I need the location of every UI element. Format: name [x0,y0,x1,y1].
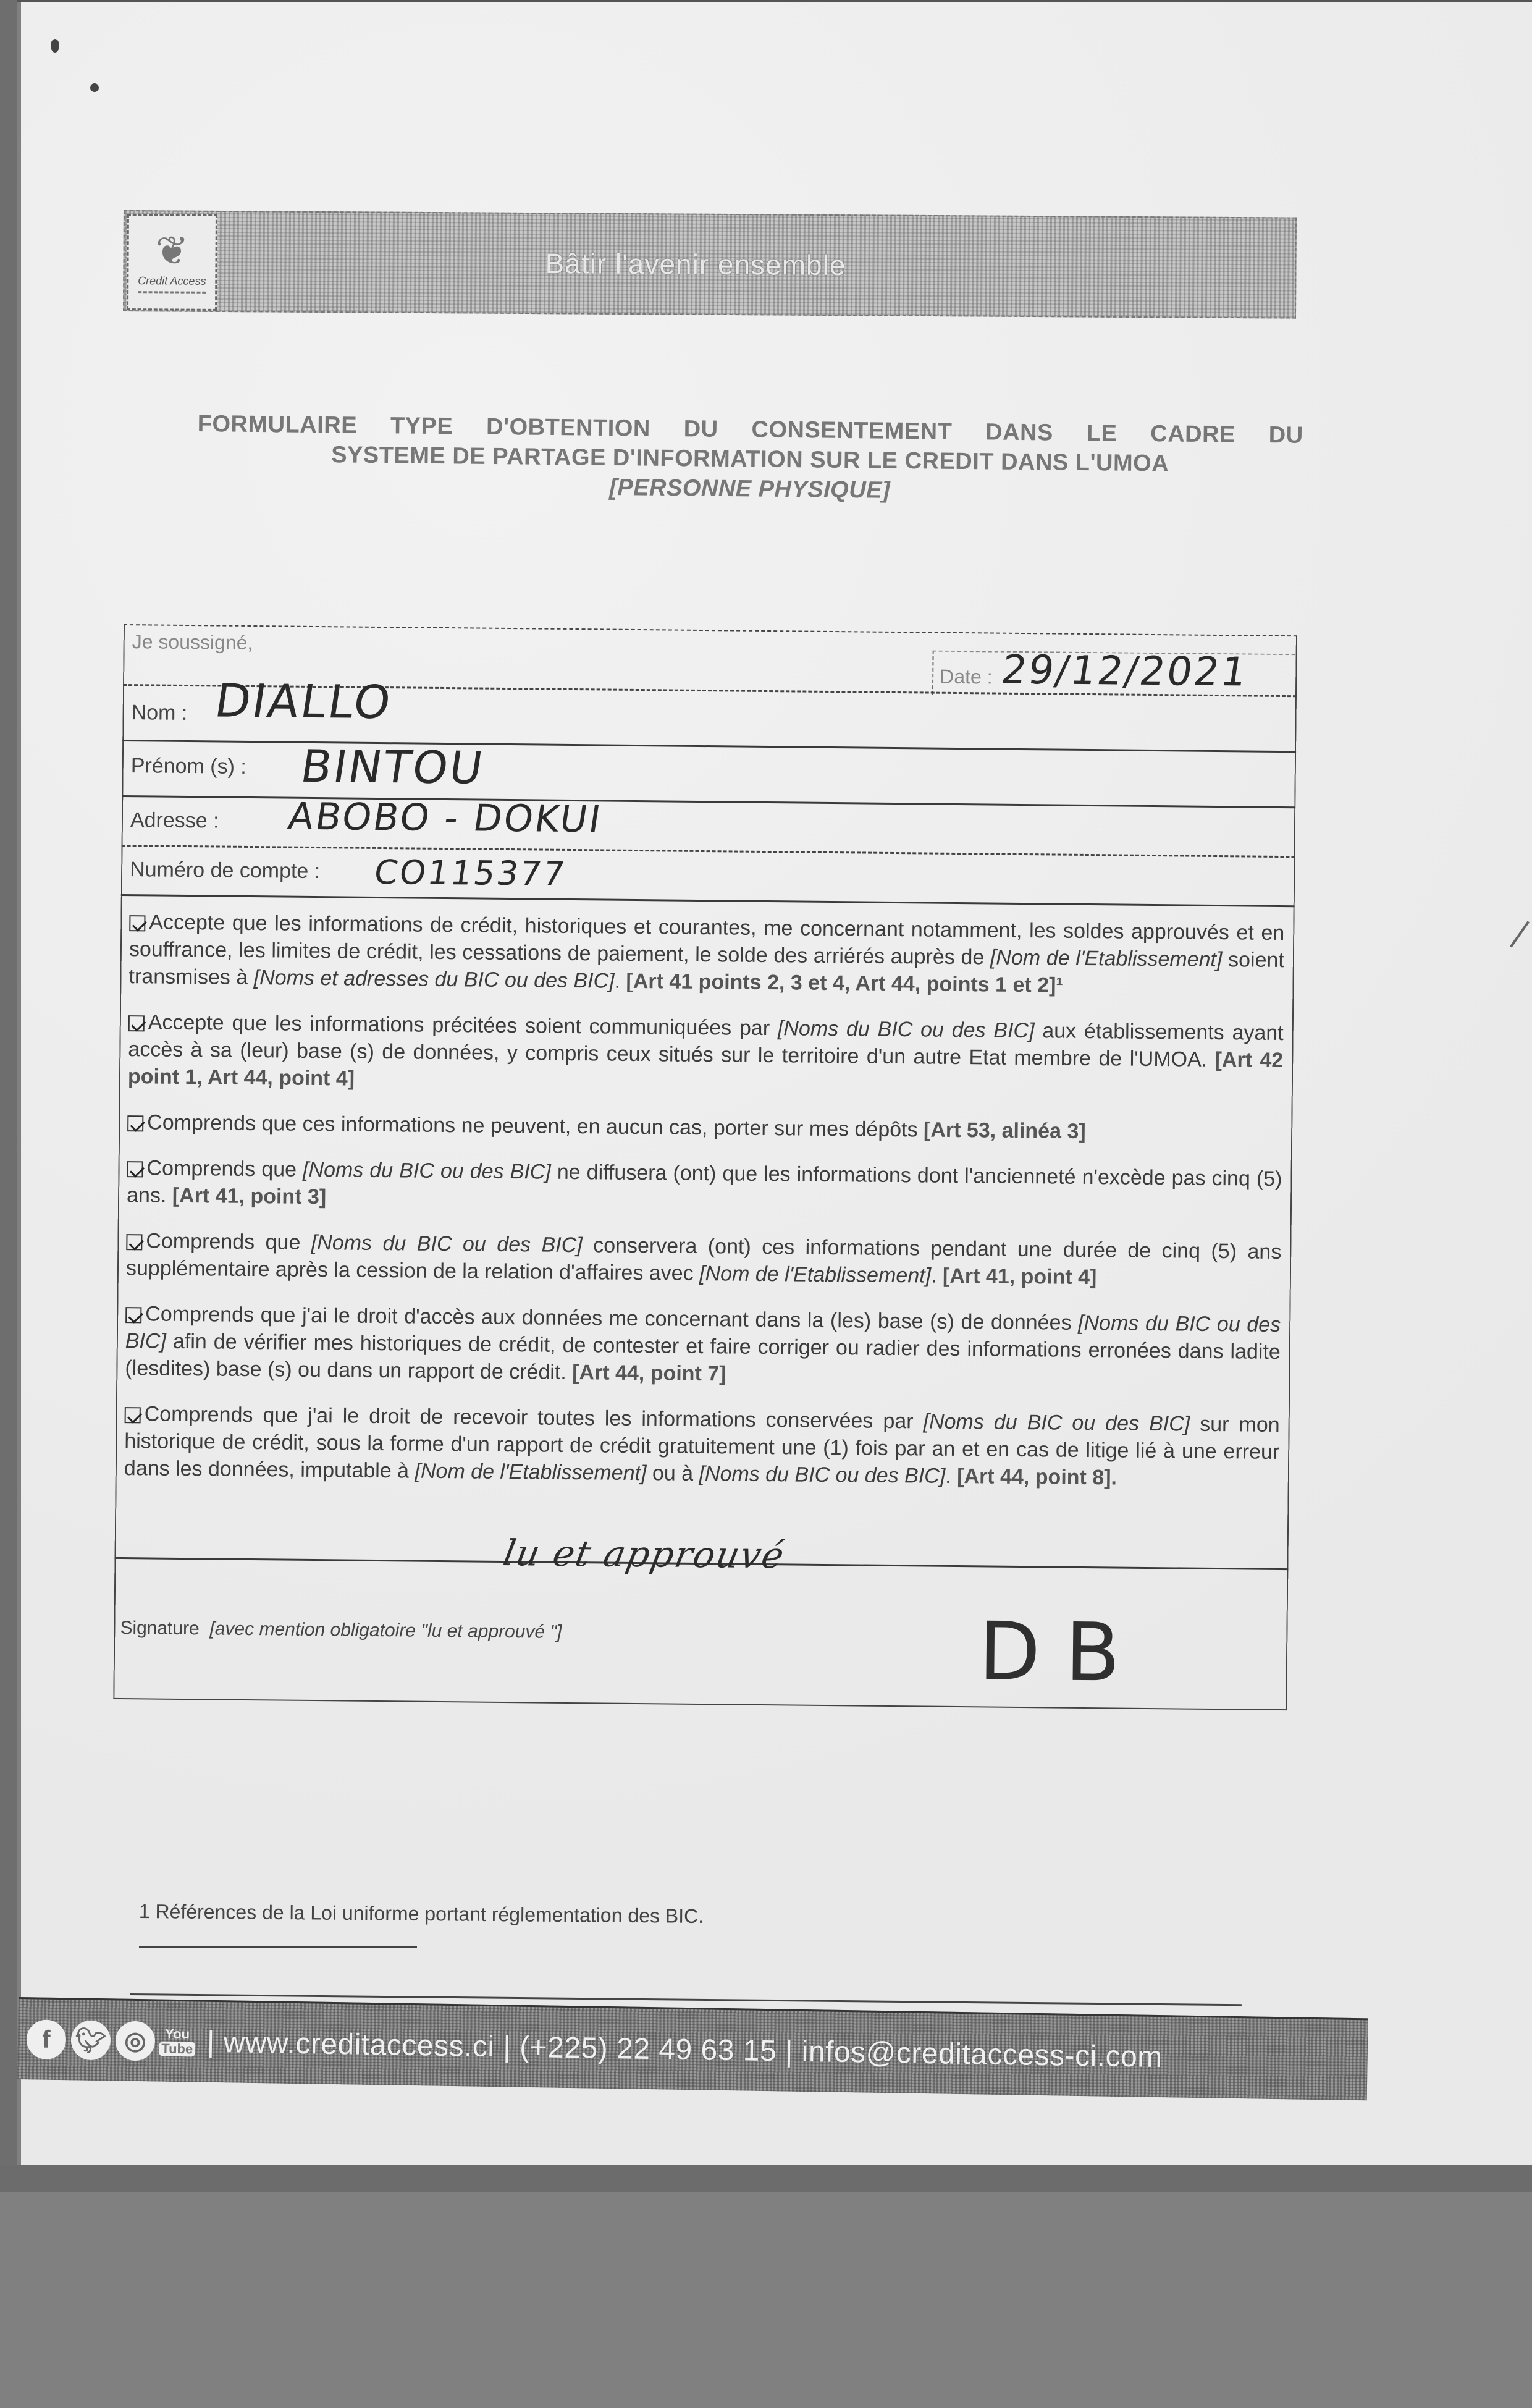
consent-clause: Accepte que les informations précitées s… [128,1008,1284,1101]
clause-text: Accepte que les informations précitées s… [148,1010,778,1040]
consent-clause: Comprends que [Noms du BIC ou des BIC] n… [127,1154,1282,1220]
placeholder-text: [Nom de l'Etablissement] [415,1460,646,1485]
footer-contact: | www.creditaccess.ci | (+225) 22 49 63 … [206,2025,1163,2074]
article-reference: [Art 44, point 7] [572,1361,726,1385]
numero-compte-value: CO115377 [371,853,569,893]
placeholder-text: [Noms du BIC ou des BIC] [923,1409,1190,1435]
consent-clause: Comprends que j'ai le droit d'accès aux … [125,1300,1281,1393]
logo-underline [138,291,206,294]
handwritten-mention: lu et approuvé [500,1532,788,1576]
article-reference: [Art 41, point 3] [172,1184,327,1209]
checkbox-checked-icon[interactable] [127,1161,143,1177]
checkbox-checked-icon[interactable] [125,1307,141,1323]
consent-clause: Accepte que les informations de crédit, … [128,908,1284,1001]
checkbox-checked-icon[interactable] [125,1407,141,1423]
clause-text: ou à [646,1461,699,1485]
nom-value: DIALLO [211,674,395,729]
document-title: FORMULAIRE TYPE D'OBTENTION DU CONSENTEM… [196,409,1303,510]
placeholder-text: [Noms du BIC ou des BIC] [699,1462,945,1488]
scanner-strip [0,2165,1532,2192]
signature-label-note: [avec mention obligatoire "lu et approuv… [209,1618,562,1642]
consent-form: Je soussigné, Date : 29/12/2021 Nom : DI… [113,624,1297,1717]
clause-text: Comprends que j'ai le droit de recevoir … [145,1402,924,1433]
prenom-label: Prénom (s) : [131,754,246,779]
twitter-icon[interactable]: 🐦︎ [70,2020,111,2060]
placeholder-text: [Noms du BIC ou des BIC] [311,1231,583,1257]
clause-text: Comprends que [146,1229,311,1254]
adresse-value: ABOBO - DOKUI [285,795,605,842]
prenom-value: BINTOU [298,740,488,794]
clause-text: Comprends que ces informations ne peuven… [147,1110,924,1141]
signature-section: lu et approuvé Signature [avec mention o… [113,1557,1288,1712]
consent-clause: Comprends que [Noms du BIC ou des BIC] c… [126,1227,1282,1293]
checkbox-checked-icon[interactable] [128,1015,145,1031]
clause-text: . [945,1464,957,1488]
header-banner: ❦ Credit Access Bâtir l'avenir ensemble [123,210,1297,319]
checkbox-checked-icon[interactable] [127,1115,143,1131]
clause-text: . [614,970,626,993]
youtube-top-text: You [165,2027,190,2042]
company-logo: ❦ Credit Access [127,214,217,311]
signature-initials[interactable]: DB [978,1604,1145,1700]
article-reference: [Art 41, point 4] [943,1264,1097,1289]
checkbox-checked-icon[interactable] [126,1234,142,1250]
nom-label: Nom : [131,701,187,725]
article-reference: [Art 53, alinéa 3] [924,1118,1086,1143]
placeholder-text: [Noms du BIC ou des BIC] [303,1158,551,1184]
logo-icon: ❦ [156,231,189,271]
clause-text: Comprends que [146,1156,303,1181]
staple-hole [90,83,99,92]
adresse-label: Adresse : [130,808,219,833]
scan-edge-left [0,0,17,2192]
banner-slogan: Bâtir l'avenir ensemble [219,212,1295,318]
footnote-rule [139,1946,417,1948]
clause-text: . [931,1264,943,1288]
staple-hole [51,39,59,53]
consent-clauses: Accepte que les informations de crédit, … [124,908,1284,1511]
facebook-icon[interactable]: f [26,2019,66,2059]
instagram-icon[interactable]: ◎ [115,2021,155,2061]
logo-text: Credit Access [138,274,206,288]
placeholder-text: [Nom de l'Etablissement] [990,945,1223,971]
signature-label: Signature [avec mention obligatoire "lu … [120,1618,562,1643]
article-reference: [Art 41 points 2, 3 et 4, Art 44, points… [626,970,1063,997]
placeholder-text: [Noms du BIC ou des BIC] [778,1016,1035,1042]
youtube-icon[interactable]: You Tube [159,2019,195,2064]
consent-clause: Comprends que ces informations ne peuven… [127,1109,1282,1147]
clause-text: Comprends que j'ai le droit d'accès aux … [145,1302,1078,1334]
signature-label-text: Signature [120,1618,200,1639]
checkbox-checked-icon[interactable] [129,915,145,931]
numero-compte-label: Numéro de compte : [130,858,320,884]
placeholder-text: [Noms et adresses du BIC ou des BIC] [254,966,615,993]
article-reference: [Art 44, point 8]. [957,1464,1117,1489]
consent-clause: Comprends que j'ai le droit de recevoir … [124,1400,1280,1493]
placeholder-text: [Nom de l'Etablissement] [699,1262,931,1288]
youtube-bottom-text: Tube [159,2042,195,2057]
